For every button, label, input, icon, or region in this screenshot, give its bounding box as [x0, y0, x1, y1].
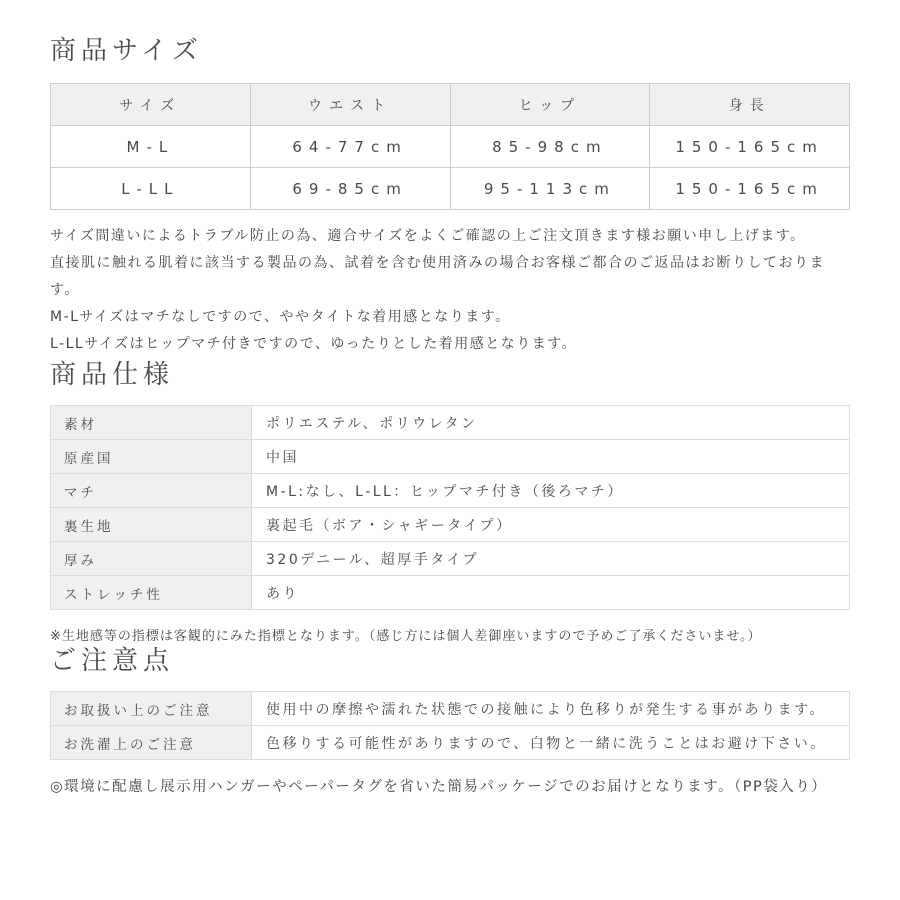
- size-cell: M-L: [51, 126, 251, 168]
- caution-label: お取扱い上のご注意: [51, 692, 252, 726]
- packaging-note: ◎環境に配慮し展示用ハンガーやペーパータグを省いた簡易パッケージでのお届けとなり…: [50, 775, 850, 796]
- spec-value: 320デニール、超厚手タイプ: [252, 542, 850, 576]
- spec-value: ポリエステル、ポリウレタン: [252, 406, 850, 440]
- size-note-line: M-Lサイズはマチなしですので、ややタイトな着用感となります。: [50, 304, 850, 331]
- size-table-header-height: 身長: [650, 84, 850, 126]
- spec-row-lining: 裏生地 裏起毛（ボア・シャギータイプ）: [51, 508, 850, 542]
- spec-section-title: 商品仕様: [50, 358, 850, 392]
- size-table-head: サイズ ウエスト ヒップ 身長: [51, 84, 850, 126]
- spec-label: マチ: [51, 474, 252, 508]
- caution-table: お取扱い上のご注意 使用中の摩擦や濡れた状態での接触により色移りが発生する事があ…: [50, 691, 850, 760]
- product-info-page: 商品サイズ サイズ ウエスト ヒップ 身長 M-L 64-77cm 85-98c…: [0, 0, 900, 796]
- size-table-header-hip: ヒップ: [450, 84, 650, 126]
- spec-value: M-L:なし、L-LL：ヒップマチ付き（後ろマチ）: [252, 474, 850, 508]
- size-note-line: 直接肌に触れる肌着に該当する製品の為、試着を含む使用済みの場合お客様ご都合のご返…: [50, 250, 850, 304]
- spec-row-gusset: マチ M-L:なし、L-LL：ヒップマチ付き（後ろマチ）: [51, 474, 850, 508]
- height-cell: 150-165cm: [650, 126, 850, 168]
- spec-value: 中国: [252, 440, 850, 474]
- caution-value: 使用中の摩擦や濡れた状態での接触により色移りが発生する事があります。: [252, 692, 850, 726]
- spec-row-stretch: ストレッチ性 あり: [51, 576, 850, 610]
- spec-row-origin: 原産国 中国: [51, 440, 850, 474]
- size-notes: サイズ間違いによるトラブル防止の為、適合サイズをよくご確認の上ご注文頂きます様お…: [50, 223, 850, 358]
- spec-row-material: 素材 ポリエステル、ポリウレタン: [51, 406, 850, 440]
- spec-label: ストレッチ性: [51, 576, 252, 610]
- spec-table: 素材 ポリエステル、ポリウレタン 原産国 中国 マチ M-L:なし、L-LL：ヒ…: [50, 405, 850, 610]
- size-table-header-row: サイズ ウエスト ヒップ 身長: [51, 84, 850, 126]
- size-table-header-waist: ウエスト: [250, 84, 450, 126]
- caution-section-title: ご注意点: [50, 644, 850, 678]
- caution-label: お洗濯上のご注意: [51, 726, 252, 760]
- spec-disclaimer-note: ※生地感等の指標は客観的にみた指標となります。（感じ方には個人差御座いますので予…: [50, 625, 850, 644]
- size-table-body: M-L 64-77cm 85-98cm 150-165cm L-LL 69-85…: [51, 126, 850, 210]
- size-table-row-ml: M-L 64-77cm 85-98cm 150-165cm: [51, 126, 850, 168]
- waist-cell: 64-77cm: [250, 126, 450, 168]
- spec-label: 原産国: [51, 440, 252, 474]
- size-section-title: 商品サイズ: [50, 34, 850, 68]
- size-table-header-size: サイズ: [51, 84, 251, 126]
- size-cell: L-LL: [51, 168, 251, 210]
- spec-label: 素材: [51, 406, 252, 440]
- hip-cell: 95-113cm: [450, 168, 650, 210]
- spec-value: 裏起毛（ボア・シャギータイプ）: [252, 508, 850, 542]
- caution-row-washing: お洗濯上のご注意 色移りする可能性がありますので、白物と一緒に洗うことはお避け下…: [51, 726, 850, 760]
- size-note-line: L-LLサイズはヒップマチ付きですので、ゆったりとした着用感となります。: [50, 331, 850, 358]
- spec-table-body: 素材 ポリエステル、ポリウレタン 原産国 中国 マチ M-L:なし、L-LL：ヒ…: [51, 406, 850, 610]
- hip-cell: 85-98cm: [450, 126, 650, 168]
- size-table-row-lll: L-LL 69-85cm 95-113cm 150-165cm: [51, 168, 850, 210]
- caution-table-body: お取扱い上のご注意 使用中の摩擦や濡れた状態での接触により色移りが発生する事があ…: [51, 692, 850, 760]
- spec-row-thickness: 厚み 320デニール、超厚手タイプ: [51, 542, 850, 576]
- spec-value: あり: [252, 576, 850, 610]
- size-note-line: サイズ間違いによるトラブル防止の為、適合サイズをよくご確認の上ご注文頂きます様お…: [50, 223, 850, 250]
- spec-label: 裏生地: [51, 508, 252, 542]
- spec-label: 厚み: [51, 542, 252, 576]
- size-table: サイズ ウエスト ヒップ 身長 M-L 64-77cm 85-98cm 150-…: [50, 83, 850, 210]
- height-cell: 150-165cm: [650, 168, 850, 210]
- waist-cell: 69-85cm: [250, 168, 450, 210]
- caution-row-handling: お取扱い上のご注意 使用中の摩擦や濡れた状態での接触により色移りが発生する事があ…: [51, 692, 850, 726]
- caution-value-warning: 色移りする可能性がありますので、白物と一緒に洗うことはお避け下さい。: [252, 726, 850, 760]
